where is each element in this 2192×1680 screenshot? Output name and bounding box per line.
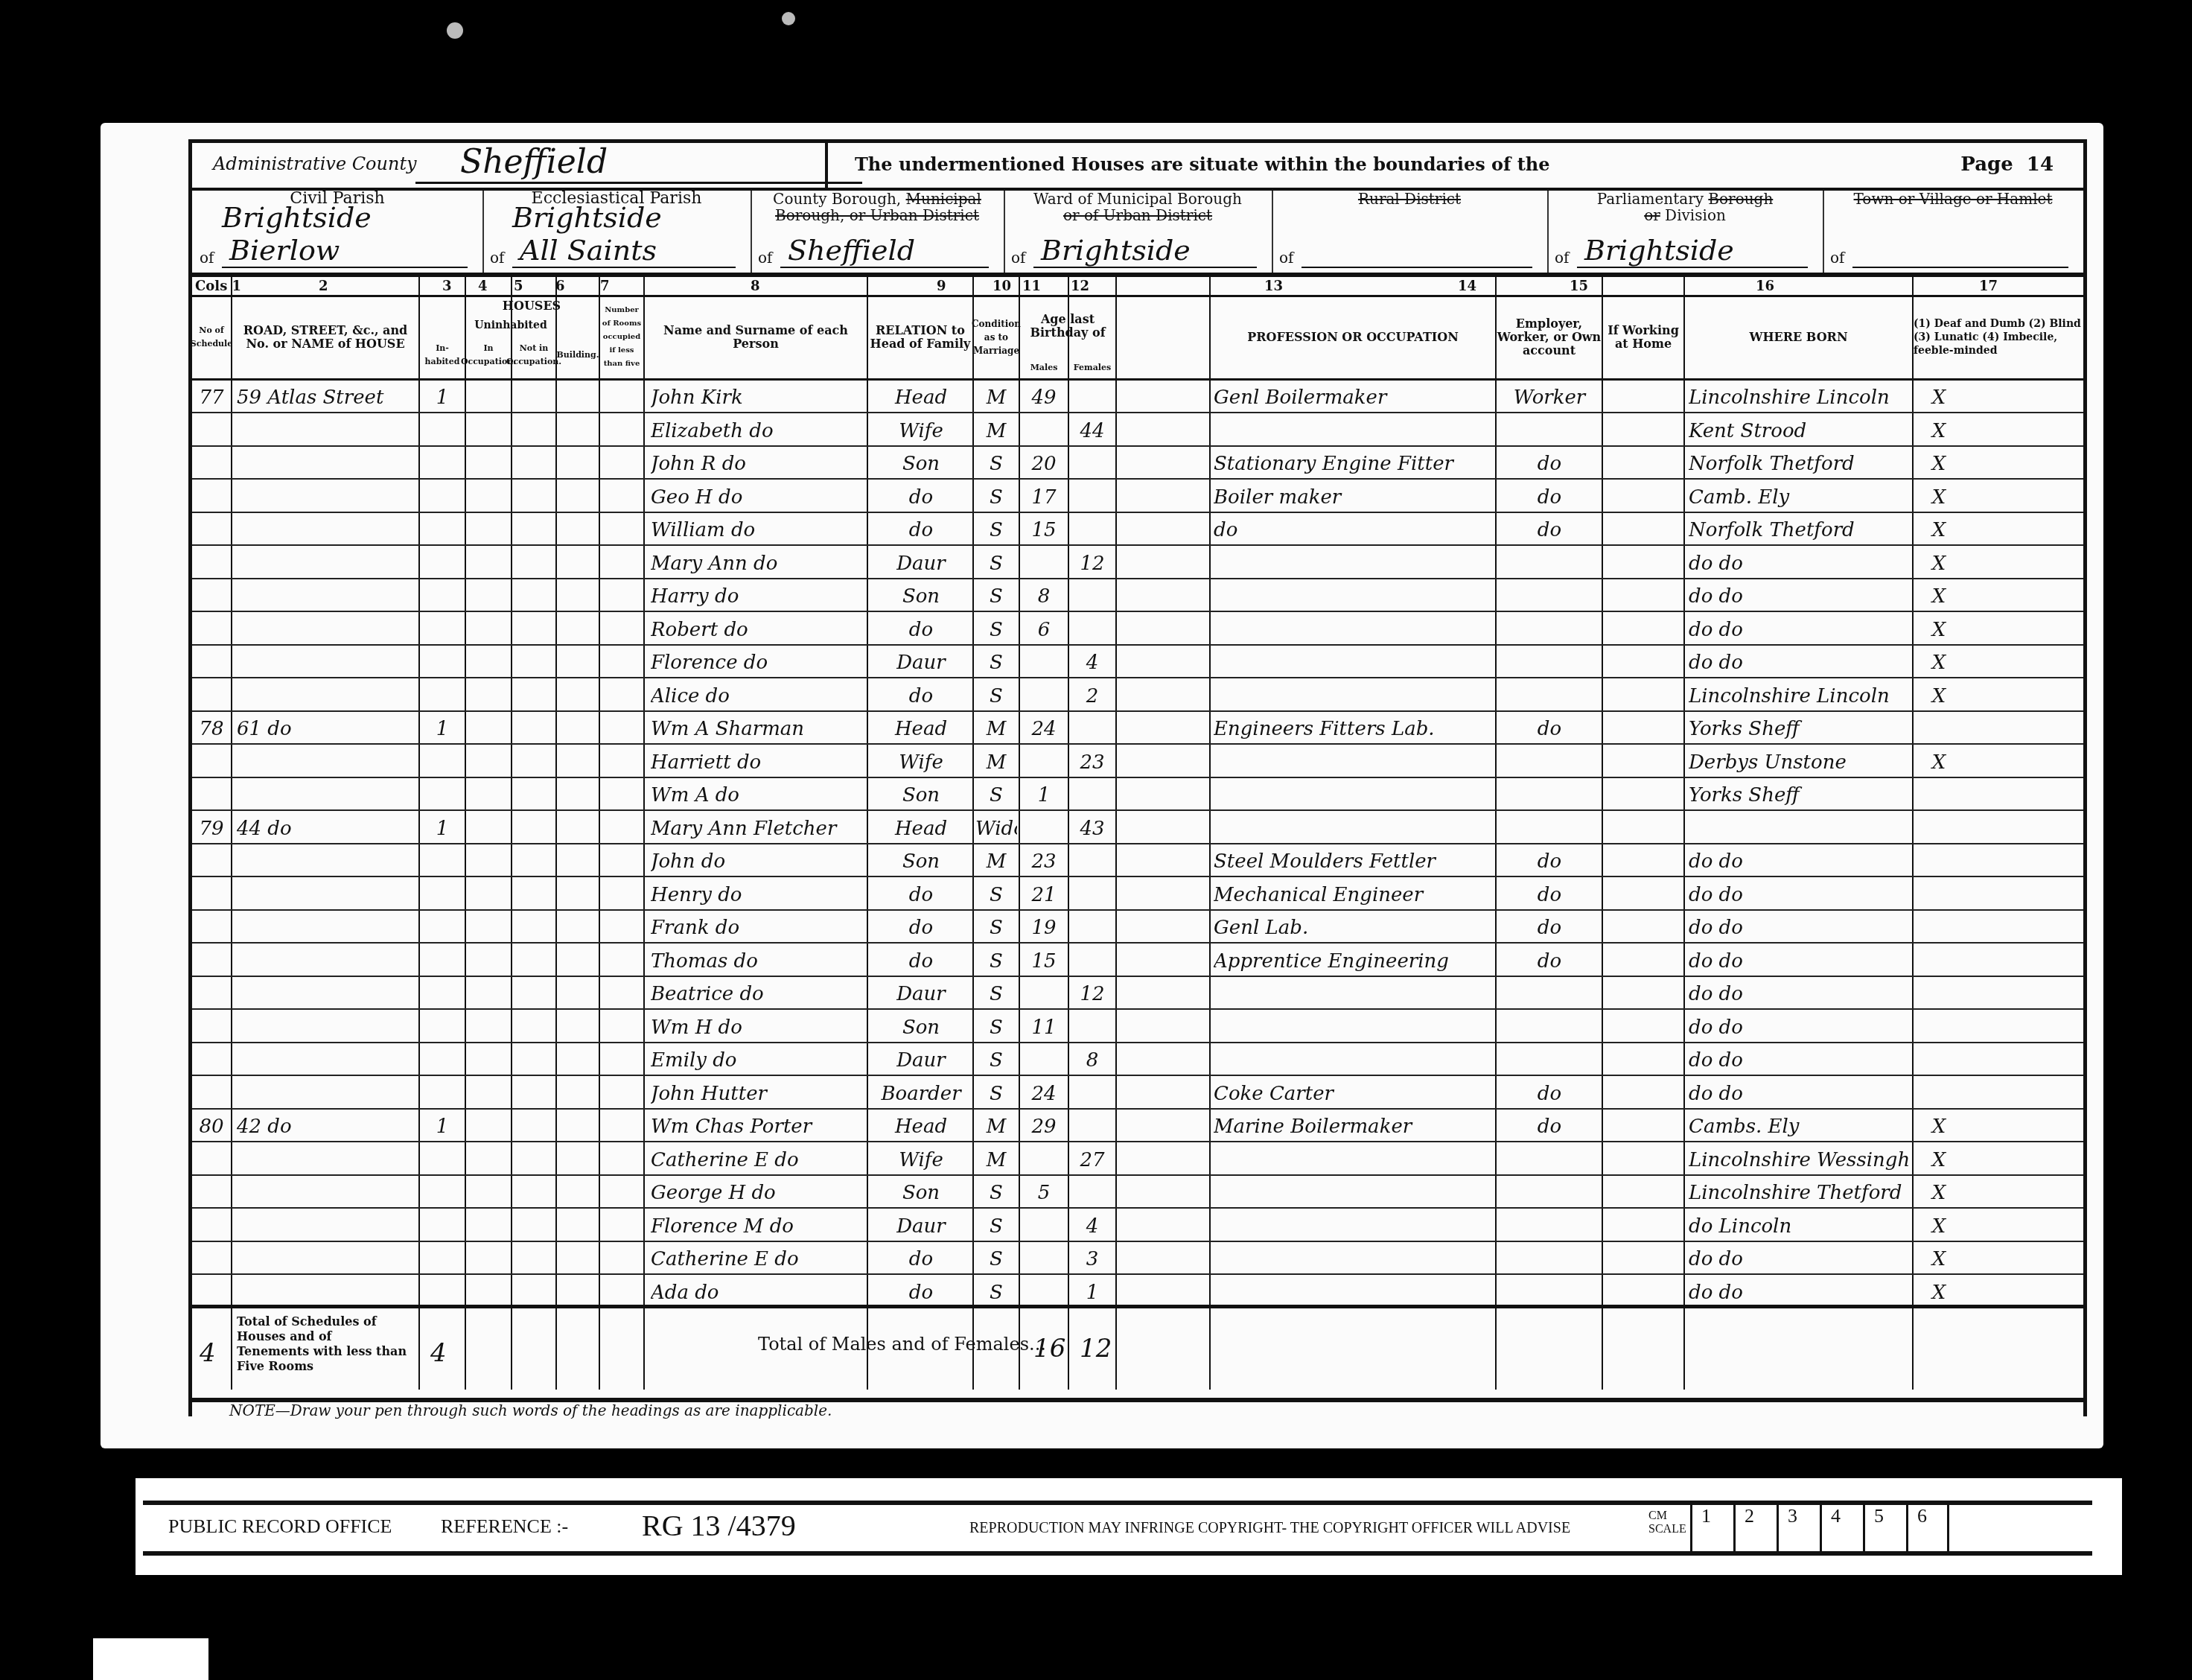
table-row: Alice dodoS2Lincolnshire LincolnX [192,679,2083,712]
cell-relation: do [871,519,971,541]
cell-name: Harriett do [651,751,865,774]
cell-female-age: 1 [1071,1282,1114,1304]
cell-where-born: Kent Strood [1689,420,1911,442]
cell-condition: S [975,784,1017,806]
cell-relation: Head [871,386,971,409]
cell-occupation: Coke Carter [1214,1083,1494,1105]
cell-mark: X [1917,619,1961,641]
col-infirmity-header: (1) Deaf and Dumb (2) Blind (3) Lunatic … [1914,296,2083,378]
cell-relation: Son [871,1182,971,1204]
table-row: Harry doSonS8do doX [192,579,2083,612]
cell-address: 59 Atlas Street [237,386,415,409]
table-row: Catherine E dodoS3do doX [192,1242,2083,1275]
cell-relation: Daur [871,652,971,674]
cell-relation: do [871,619,971,641]
cell-name: John R do [651,453,865,475]
cell-employer: do [1500,453,1599,475]
cell-mark: X [1917,386,1961,409]
note: NOTE—Draw your pen through such words of… [229,1401,832,1419]
cell-female-age: 12 [1071,553,1114,575]
table-row: Wm H doSonS11do do [192,1011,2083,1043]
cell-name: Wm Chas Porter [651,1116,865,1138]
cell-relation: Daur [871,983,971,1005]
column-numbers: Cols 1 2 3 4 5 6 7 8 9 10 11 12 13 14 15… [192,277,2083,297]
cell-name: Wm A do [651,784,865,806]
cell-male-age: 17 [1022,486,1066,509]
cell-mark: X [1917,685,1961,707]
females-total: 12 [1080,1334,1112,1364]
cell-male-age: 8 [1022,585,1066,608]
census-form: Administrative County Sheffield The unde… [188,139,2087,1416]
cell-relation: Son [871,453,971,475]
cell-name: John Hutter [651,1083,865,1105]
table-row: 7861 do1Wm A SharmanHeadM24Engineers Fit… [192,712,2083,745]
scale-mark: 5 [1863,1505,1906,1554]
cell-condition: S [975,1248,1017,1270]
cell-where-born: Lincolnshire Wessingham [1689,1149,1911,1171]
cell-condition: M [975,718,1017,740]
cell-name: Catherine E do [651,1248,865,1270]
scale-mark: 6 [1906,1505,1949,1554]
cell-relation: do [871,950,971,973]
col-at-home-header: If Working at Home [1603,296,1683,378]
cell-where-born: do do [1689,884,1911,906]
schedules-total: 4 [200,1338,216,1368]
col-condition-header: Condition as to Marriage [974,296,1019,378]
form-header: Administrative County Sheffield The unde… [192,143,2083,191]
cell-mark: X [1917,420,1961,442]
cell-occupation: Genl Lab. [1214,917,1494,939]
cell-occupation: Steel Moulders Fettler [1214,850,1494,873]
cell-mark: X [1917,751,1961,774]
cell-employer: do [1500,519,1599,541]
cell-employer: Worker [1500,386,1599,409]
cell-male-age: 20 [1022,453,1066,475]
col-where-born-header: WHERE BORN [1685,296,1912,378]
table-row: John HutterBoarderS24Coke Carterdodo do [192,1077,2083,1110]
film-speck [447,22,463,39]
cell-name: Alice do [651,685,865,707]
table-row: Thomas dodoS15Apprentice Engineeringdodo… [192,944,2083,977]
table-row: Harriett doWifeM23Derbys UnstoneX [192,745,2083,778]
cell-name: Elizabeth do [651,420,865,442]
cell-inhabited: 1 [421,1116,463,1138]
cell-condition: M [975,850,1017,873]
cell-female-age: 4 [1071,1215,1114,1238]
cell-where-born: Lincolnshire Thetford [1689,1182,1911,1204]
cell-mark: X [1917,453,1961,475]
cell-condition: S [975,652,1017,674]
cell-female-age: 3 [1071,1248,1114,1270]
cell-address: 44 do [237,818,415,840]
cell-where-born: do do [1689,652,1911,674]
cell-male-age: 15 [1022,950,1066,973]
cell-condition: M [975,386,1017,409]
ecclesiastical-parish: Ecclesiastical Parish Brightside of All … [482,191,752,273]
table-row: 7759 Atlas Street1John KirkHeadM49Genl B… [192,381,2083,413]
col-males-header: Males [1020,359,1068,377]
cell-relation: do [871,1248,971,1270]
cell-relation: do [871,917,971,939]
cell-schedule: 79 [194,818,229,840]
cell-mark: X [1917,652,1961,674]
table-row: Frank dodoS19Genl Lab.dodo do [192,911,2083,944]
cell-female-age: 27 [1071,1149,1114,1171]
cell-condition: S [975,1049,1017,1072]
cell-female-age: 8 [1071,1049,1114,1072]
males-females-total-label: Total of Males and of Females... [758,1334,1046,1355]
table-row: Robert dodoS6do doX [192,613,2083,646]
cell-name: Catherine E do [651,1149,865,1171]
cell-name: John Kirk [651,386,865,409]
cell-name: Beatrice do [651,983,865,1005]
table-row: 7944 do1Mary Ann FletcherHeadWidow43 [192,812,2083,844]
cell-male-age: 21 [1022,884,1066,906]
table-row: Florence M doDaurS4do LincolnX [192,1209,2083,1242]
cell-where-born: do do [1689,553,1911,575]
cell-name: George H do [651,1182,865,1204]
table-row: Emily doDaurS8do do [192,1043,2083,1076]
cell-condition: M [975,1149,1017,1171]
cell-name: Geo H do [651,486,865,509]
cell-where-born: do do [1689,917,1911,939]
cell-name: Harry do [651,585,865,608]
col-employer-header: Employer, Worker, or Own account [1497,296,1602,378]
cell-occupation: do [1214,519,1494,541]
cell-occupation: Genl Boilermaker [1214,386,1494,409]
col-not-in-occupation-header: Not in Occupation. [512,337,555,374]
cell-condition: S [975,1182,1017,1204]
cell-relation: Son [871,1016,971,1039]
cm-scale-label: CM SCALE [1648,1509,1678,1536]
totals-row: 4 Total of Schedules of Houses and of Te… [192,1305,2083,1402]
cell-name: Wm A Sharman [651,718,865,740]
cell-relation: do [871,486,971,509]
cell-schedule: 80 [194,1116,229,1138]
cell-employer: do [1500,718,1599,740]
col-relation-header: RELATION to Head of Family [868,296,972,378]
cell-condition: S [975,453,1017,475]
boundaries-statement: The undermentioned Houses are situate wi… [855,153,1550,175]
cell-name: Ada do [651,1282,865,1304]
cell-where-born: do do [1689,950,1911,973]
cell-condition: M [975,1116,1017,1138]
cell-mark: X [1917,1149,1961,1171]
cell-female-age: 23 [1071,751,1114,774]
cell-relation: Son [871,784,971,806]
table-row: Catherine E doWifeM27Lincolnshire Wessin… [192,1143,2083,1176]
table-row: Elizabeth doWifeM44Kent StroodX [192,414,2083,447]
cell-female-age: 44 [1071,420,1114,442]
col-address-header: ROAD, STREET, &c., and No. or NAME of HO… [232,296,418,378]
copyright-notice: REPRODUCTION MAY INFRINGE COPYRIGHT- THE… [969,1520,1570,1537]
table-row: Wm A doSonS1Yorks Sheff [192,778,2083,811]
cell-occupation: Marine Boilermaker [1214,1116,1494,1138]
cell-condition: S [975,1016,1017,1039]
col-in-occupation-header: In Occupation. [466,337,511,374]
cell-relation: do [871,1282,971,1304]
scale-mark: 3 [1777,1505,1820,1554]
public-record-office: PUBLIC RECORD OFFICE [168,1515,392,1538]
cell-name: Mary Ann do [651,553,865,575]
parliamentary-division: Parliamentary Boroughor Division of Brig… [1547,191,1824,273]
cell-inhabited: 1 [421,386,463,409]
cell-condition: S [975,619,1017,641]
col-building-header: Building. [557,337,599,374]
cell-female-age: 12 [1071,983,1114,1005]
cell-inhabited: 1 [421,718,463,740]
cell-condition: S [975,585,1017,608]
table-row: William dodoS15dodoNorfolk ThetfordX [192,513,2083,546]
col-occupation-header: PROFESSION OR OCCUPATION [1211,296,1495,378]
cell-condition: S [975,685,1017,707]
table-row: Ada dodoS1do doX [192,1276,2083,1308]
cell-name: Wm H do [651,1016,865,1039]
table-row: 8042 do1Wm Chas PorterHeadM29Marine Boil… [192,1110,2083,1142]
cell-where-born: Camb. Ely [1689,486,1911,509]
col-name-header: Name and Surname of each Person [645,296,867,378]
cell-where-born: do do [1689,850,1911,873]
cell-condition: S [975,917,1017,939]
cell-relation: Head [871,1116,971,1138]
cell-male-age: 15 [1022,519,1066,541]
corner-patch [93,1638,208,1680]
cell-female-age: 2 [1071,685,1114,707]
cell-where-born: Lincolnshire Lincoln [1689,386,1911,409]
reference-strip: PUBLIC RECORD OFFICE REFERENCE :- RG 13 … [136,1478,2122,1575]
cell-where-born: do do [1689,1248,1911,1270]
col-schedule-header: No of Schedule [192,296,231,378]
cell-name: Mary Ann Fletcher [651,818,865,840]
cell-male-age: 5 [1022,1182,1066,1204]
cell-where-born: Yorks Sheff [1689,784,1911,806]
col-rooms-header: Number of Rooms occupied if less than fi… [600,296,643,378]
cell-relation: Wife [871,420,971,442]
cell-address: 42 do [237,1116,415,1138]
county-borough: County Borough, MunicipalBorough, or Urb… [751,191,1005,273]
cell-condition: S [975,553,1017,575]
cell-name: Florence do [651,652,865,674]
cell-condition: S [975,983,1017,1005]
cell-male-age: 24 [1022,1083,1066,1105]
cell-name: Florence M do [651,1215,865,1238]
administrative-county-value: Sheffield [415,143,862,184]
cell-where-born: do do [1689,1049,1911,1072]
cell-where-born: do do [1689,1282,1911,1304]
cell-where-born: Norfolk Thetford [1689,453,1911,475]
col-females-header: Females [1069,359,1115,377]
cell-relation: Head [871,718,971,740]
rural-district: Rural District of [1272,191,1549,273]
film-speck [782,12,795,25]
cell-name: John do [651,850,865,873]
cell-inhabited: 1 [421,818,463,840]
table-row: Mary Ann doDaurS12do doX [192,547,2083,579]
col-inhabited-header: In-habited [420,337,465,374]
district-header: Civil Parish Brightside of Bierlow Eccle… [192,191,2083,277]
cell-occupation: Boiler maker [1214,486,1494,509]
cell-relation: Son [871,585,971,608]
col-uninhabited-header: Uninhabited [466,316,555,335]
cell-relation: Wife [871,751,971,774]
cell-where-born: do do [1689,585,1911,608]
cell-name: Emily do [651,1049,865,1072]
cell-name: Henry do [651,884,865,906]
cell-condition: S [975,519,1017,541]
reference-number: RG 13 /4379 [642,1508,796,1543]
cell-mark: X [1917,1215,1961,1238]
cell-where-born: do Lincoln [1689,1215,1911,1238]
page-number: Page 14 [1960,153,2054,176]
cell-where-born: Yorks Sheff [1689,718,1911,740]
col-age-header: Age last Birthday of [1020,296,1115,356]
cell-condition: S [975,884,1017,906]
cell-where-born: do do [1689,1016,1911,1039]
cell-employer: do [1500,884,1599,906]
cell-occupation: Stationary Engine Fitter [1214,453,1494,475]
cell-where-born: Lincolnshire Lincoln [1689,685,1911,707]
table-row: Florence doDaurS4do doX [192,646,2083,678]
cell-relation: Wife [871,1149,971,1171]
table-row: Henry dodoS21Mechanical Engineerdodo do [192,878,2083,911]
cell-relation: Daur [871,1215,971,1238]
cell-female-age: 43 [1071,818,1114,840]
administrative-county-label: Administrative County [213,153,417,174]
cell-mark: X [1917,1116,1961,1138]
cell-male-age: 49 [1022,386,1066,409]
cell-name: Frank do [651,917,865,939]
scale-mark: 2 [1733,1505,1777,1554]
cell-relation: Daur [871,1049,971,1072]
table-row: John R doSonS20Stationary Engine Fitterd… [192,447,2083,480]
cell-condition: S [975,1083,1017,1105]
cell-condition: M [975,420,1017,442]
cell-relation: do [871,884,971,906]
schedules-total-label: Total of Schedules of Houses and of Tene… [237,1314,408,1374]
cell-occupation: Engineers Fitters Lab. [1214,718,1494,740]
cell-name: Thomas do [651,950,865,973]
reference-label: REFERENCE :- [441,1515,568,1538]
houses-total: 4 [430,1338,447,1368]
table-row: George H doSonS5Lincolnshire ThetfordX [192,1176,2083,1209]
ward: Ward of Municipal Boroughor of Urban Dis… [1004,191,1273,273]
cell-mark: X [1917,1182,1961,1204]
cell-schedule: 78 [194,718,229,740]
cell-relation: Boarder [871,1083,971,1105]
cell-relation: Head [871,818,971,840]
cell-male-age: 23 [1022,850,1066,873]
cell-employer: do [1500,917,1599,939]
cell-where-born: do do [1689,619,1911,641]
administrative-county-box: Administrative County Sheffield [192,143,828,188]
cell-employer: do [1500,950,1599,973]
cell-mark: X [1917,585,1961,608]
cell-relation: Daur [871,553,971,575]
cell-condition: M [975,751,1017,774]
cell-condition: S [975,486,1017,509]
cell-employer: do [1500,1116,1599,1138]
town-village-hamlet: Town or Village or Hamlet of [1823,191,2083,273]
cell-occupation: Apprentice Engineering [1214,950,1494,973]
cell-condition: S [975,1215,1017,1238]
table-row: Beatrice doDaurS12do do [192,977,2083,1010]
cell-employer: do [1500,850,1599,873]
cell-name: William do [651,519,865,541]
table-row: John doSonM23Steel Moulders Fettlerdodo … [192,844,2083,877]
cell-condition: Widow [975,818,1017,840]
cell-mark: X [1917,486,1961,509]
cell-male-age: 24 [1022,718,1066,740]
cell-relation: do [871,685,971,707]
cell-mark: X [1917,1282,1961,1304]
cell-mark: X [1917,1248,1961,1270]
cell-where-born: Derbys Unstone [1689,751,1911,774]
table-row: Geo H dodoS17Boiler makerdoCamb. ElyX [192,480,2083,513]
cell-where-born: Cambs. Ely [1689,1116,1911,1138]
cell-mark: X [1917,553,1961,575]
cell-schedule: 77 [194,386,229,409]
cell-male-age: 11 [1022,1016,1066,1039]
cell-where-born: do do [1689,1083,1911,1105]
cell-where-born: do do [1689,983,1911,1005]
scale-mark: 4 [1820,1505,1863,1554]
cell-employer: do [1500,1083,1599,1105]
cell-condition: S [975,950,1017,973]
cell-male-age: 29 [1022,1116,1066,1138]
cell-male-age: 19 [1022,917,1066,939]
cell-occupation: Mechanical Engineer [1214,884,1494,906]
cell-employer: do [1500,486,1599,509]
scale-mark: 1 [1690,1505,1733,1554]
cell-male-age: 1 [1022,784,1066,806]
cell-condition: S [975,1282,1017,1304]
males-total: 16 [1033,1334,1065,1364]
cell-male-age: 6 [1022,619,1066,641]
census-sheet: Administrative County Sheffield The unde… [101,123,2103,1448]
cell-name: Robert do [651,619,865,641]
cell-relation: Son [871,850,971,873]
cell-female-age: 4 [1071,652,1114,674]
cell-mark: X [1917,519,1961,541]
civil-parish: Civil Parish Brightside of Bierlow [192,191,484,273]
cell-address: 61 do [237,718,415,740]
cell-where-born: Norfolk Thetford [1689,519,1911,541]
